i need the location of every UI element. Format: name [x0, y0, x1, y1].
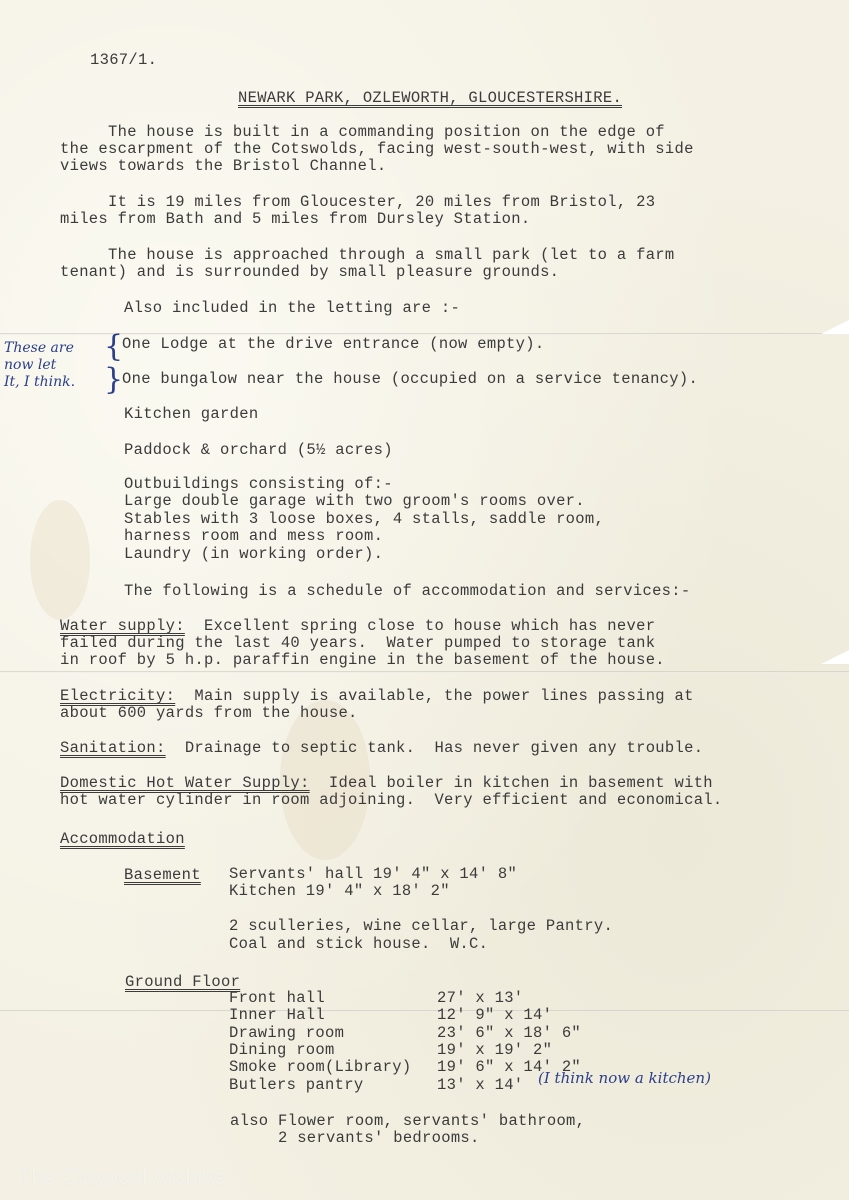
paper-fold — [0, 1010, 849, 1012]
service-text: Ideal boiler in kitchen in basement with — [329, 774, 713, 792]
approach-line: The house is approached through a small … — [60, 247, 675, 264]
basement-room: Kitchen 19' 4" x 18' 2" — [229, 883, 450, 900]
basement-extra: 2 sculleries, wine cellar, large Pantry. — [229, 918, 613, 935]
intro-line: views towards the Bristol Channel. — [60, 158, 386, 175]
service-text: Main supply is available, the power line… — [194, 687, 693, 705]
service-text: failed during the last 40 years. Water p… — [60, 635, 655, 652]
distances-line: miles from Bath and 5 miles from Dursley… — [60, 211, 530, 228]
letting-item: Kitchen garden — [124, 406, 258, 423]
handwritten-note-line: now let — [4, 357, 56, 374]
brace-icon: { — [104, 332, 123, 362]
service-label: Domestic Hot Water Supply: — [60, 774, 310, 792]
reference-number: 1367/1. — [90, 52, 157, 69]
ground-floor-also: 2 servants' bedrooms. — [230, 1130, 480, 1147]
room-size: 19' x 19' 2" — [437, 1042, 552, 1059]
service-text: in roof by 5 h.p. paraffin engine in the… — [60, 652, 665, 669]
intro-line: the escarpment of the Cotswolds, facing … — [60, 141, 694, 158]
room-name: Butlers pantry — [229, 1077, 363, 1094]
letting-item: One Lodge at the drive entrance (now emp… — [122, 336, 544, 353]
paper-tear — [821, 320, 849, 334]
room-name: Dining room — [229, 1042, 335, 1059]
service-label: Water supply: — [60, 617, 185, 635]
service-label: Sanitation: — [60, 739, 166, 757]
ground-floor-label: Ground Floor — [125, 974, 240, 991]
ground-floor-also: also Flower room, servants' bathroom, — [230, 1113, 585, 1130]
room-size: 12' 9" x 14' — [437, 1007, 552, 1024]
basement-room: Servants' hall 19' 4" x 14' 8" — [229, 866, 517, 883]
pantry-handwritten-note: (I think now a kitchen) — [538, 1070, 711, 1087]
outbuildings-line: Large double garage with two groom's roo… — [124, 493, 585, 510]
room-name: Inner Hall — [229, 1007, 325, 1024]
service-text: Excellent spring close to house which ha… — [204, 617, 655, 635]
document-title: NEWARK PARK, OZLEWORTH, GLOUCESTERSHIRE. — [238, 90, 622, 107]
letting-item: One bungalow near the house (occupied on… — [122, 371, 698, 388]
archive-watermark: The Claypool Archive — [18, 1164, 226, 1190]
room-name: Front hall — [229, 990, 325, 1007]
service-text: about 600 yards from the house. — [60, 705, 358, 722]
paper-tear — [821, 650, 849, 664]
service-text: hot water cylinder in room adjoining. Ve… — [60, 792, 723, 809]
handwritten-note-line: It, I think. — [4, 374, 75, 391]
accommodation-heading: Accommodation — [60, 831, 185, 848]
basement-extra: Coal and stick house. W.C. — [229, 936, 488, 953]
schedule-intro: The following is a schedule of accommoda… — [124, 583, 691, 600]
service-label: Electricity: — [60, 687, 175, 705]
basement-label: Basement — [124, 867, 201, 884]
outbuildings-line: Laundry (in working order). — [124, 546, 383, 563]
brace-icon: } — [104, 365, 123, 395]
outbuildings-line: Outbuildings consisting of:- — [124, 476, 393, 493]
handwritten-note-line: These are — [4, 340, 74, 357]
intro-line: The house is built in a commanding posit… — [60, 124, 665, 141]
service-text: Drainage to septic tank. Has never given… — [185, 739, 703, 757]
letting-intro: Also included in the letting are :- — [124, 300, 460, 317]
room-size: 27' x 13' — [437, 990, 523, 1007]
distances-line: It is 19 miles from Gloucester, 20 miles… — [60, 194, 655, 211]
outbuildings-line: harness room and mess room. — [124, 528, 383, 545]
room-name: Smoke room(Library) — [229, 1059, 411, 1076]
document-page: 1367/1. NEWARK PARK, OZLEWORTH, GLOUCEST… — [0, 0, 849, 1200]
room-name: Drawing room — [229, 1025, 344, 1042]
letting-item: Paddock & orchard (5½ acres) — [124, 442, 393, 459]
outbuildings-line: Stables with 3 loose boxes, 4 stalls, sa… — [124, 511, 604, 528]
paper-fold — [0, 671, 849, 673]
paper-stain — [30, 500, 90, 620]
approach-line: tenant) and is surrounded by small pleas… — [60, 264, 559, 281]
room-size: 23' 6" x 18' 6" — [437, 1025, 581, 1042]
room-size: 13' x 14' — [437, 1077, 523, 1094]
